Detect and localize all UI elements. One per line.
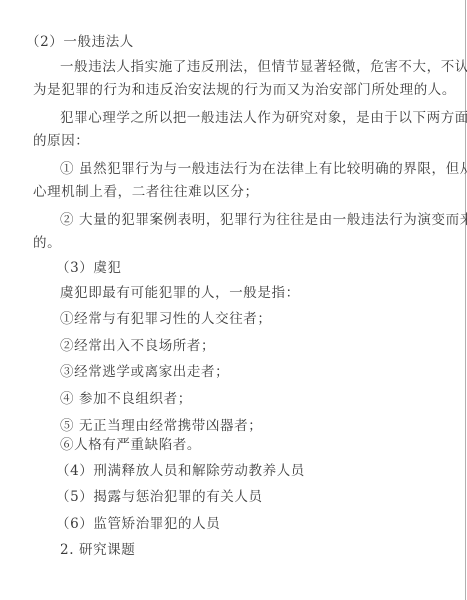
text-line: ⑥人格有严重缺陷者。 xyxy=(60,436,201,454)
text-line: （2）一般违法人 xyxy=(26,33,134,51)
text-line: ②经常出入不良场所者； xyxy=(60,337,215,355)
text-line: 心理机制上看，二者往往难以区分； xyxy=(33,183,259,201)
page-right-border xyxy=(465,0,466,600)
text-line: ①经常与有犯罪习性的人交往者； xyxy=(60,310,272,328)
text-line: ③经常逃学或离家出走者； xyxy=(60,363,229,381)
text-line: （5）揭露与惩治犯罪的有关人员 xyxy=(56,488,263,506)
text-line: 的原因： xyxy=(33,132,89,150)
text-line: ② 大量的犯罪案例表明，犯罪行为往往是由一般违法行为演变而来 xyxy=(60,211,467,229)
text-line: 犯罪心理学之所以把一般违法人作为研究对象，是由于以下两方面 xyxy=(60,109,467,127)
text-line: ① 虽然犯罪行为与一般违法行为在法律上有比较明确的界限，但从 xyxy=(60,160,467,178)
text-line: （4）刑满释放人员和解除劳动教养人员 xyxy=(56,462,305,480)
text-line: （3）虞犯 xyxy=(56,259,122,277)
text-line: （6）监管矫治罪犯的人员 xyxy=(56,515,220,533)
text-line: 的。 xyxy=(33,234,61,252)
text-line: 虞犯即最有可能犯罪的人，一般是指： xyxy=(60,284,300,302)
text-line: ⑤ 无正当理由经常携带凶器者； xyxy=(60,417,262,435)
text-line: ④ 参加不良组织者； xyxy=(60,390,192,408)
text-line: 2. 研究课题 xyxy=(60,541,135,559)
text-line: 一般违法人指实施了违反刑法，但情节显著轻微，危害不大，不认 xyxy=(60,58,467,76)
text-line: 为是犯罪的行为和违反治安法规的行为而又为治安部门所处理的人。 xyxy=(33,81,456,99)
